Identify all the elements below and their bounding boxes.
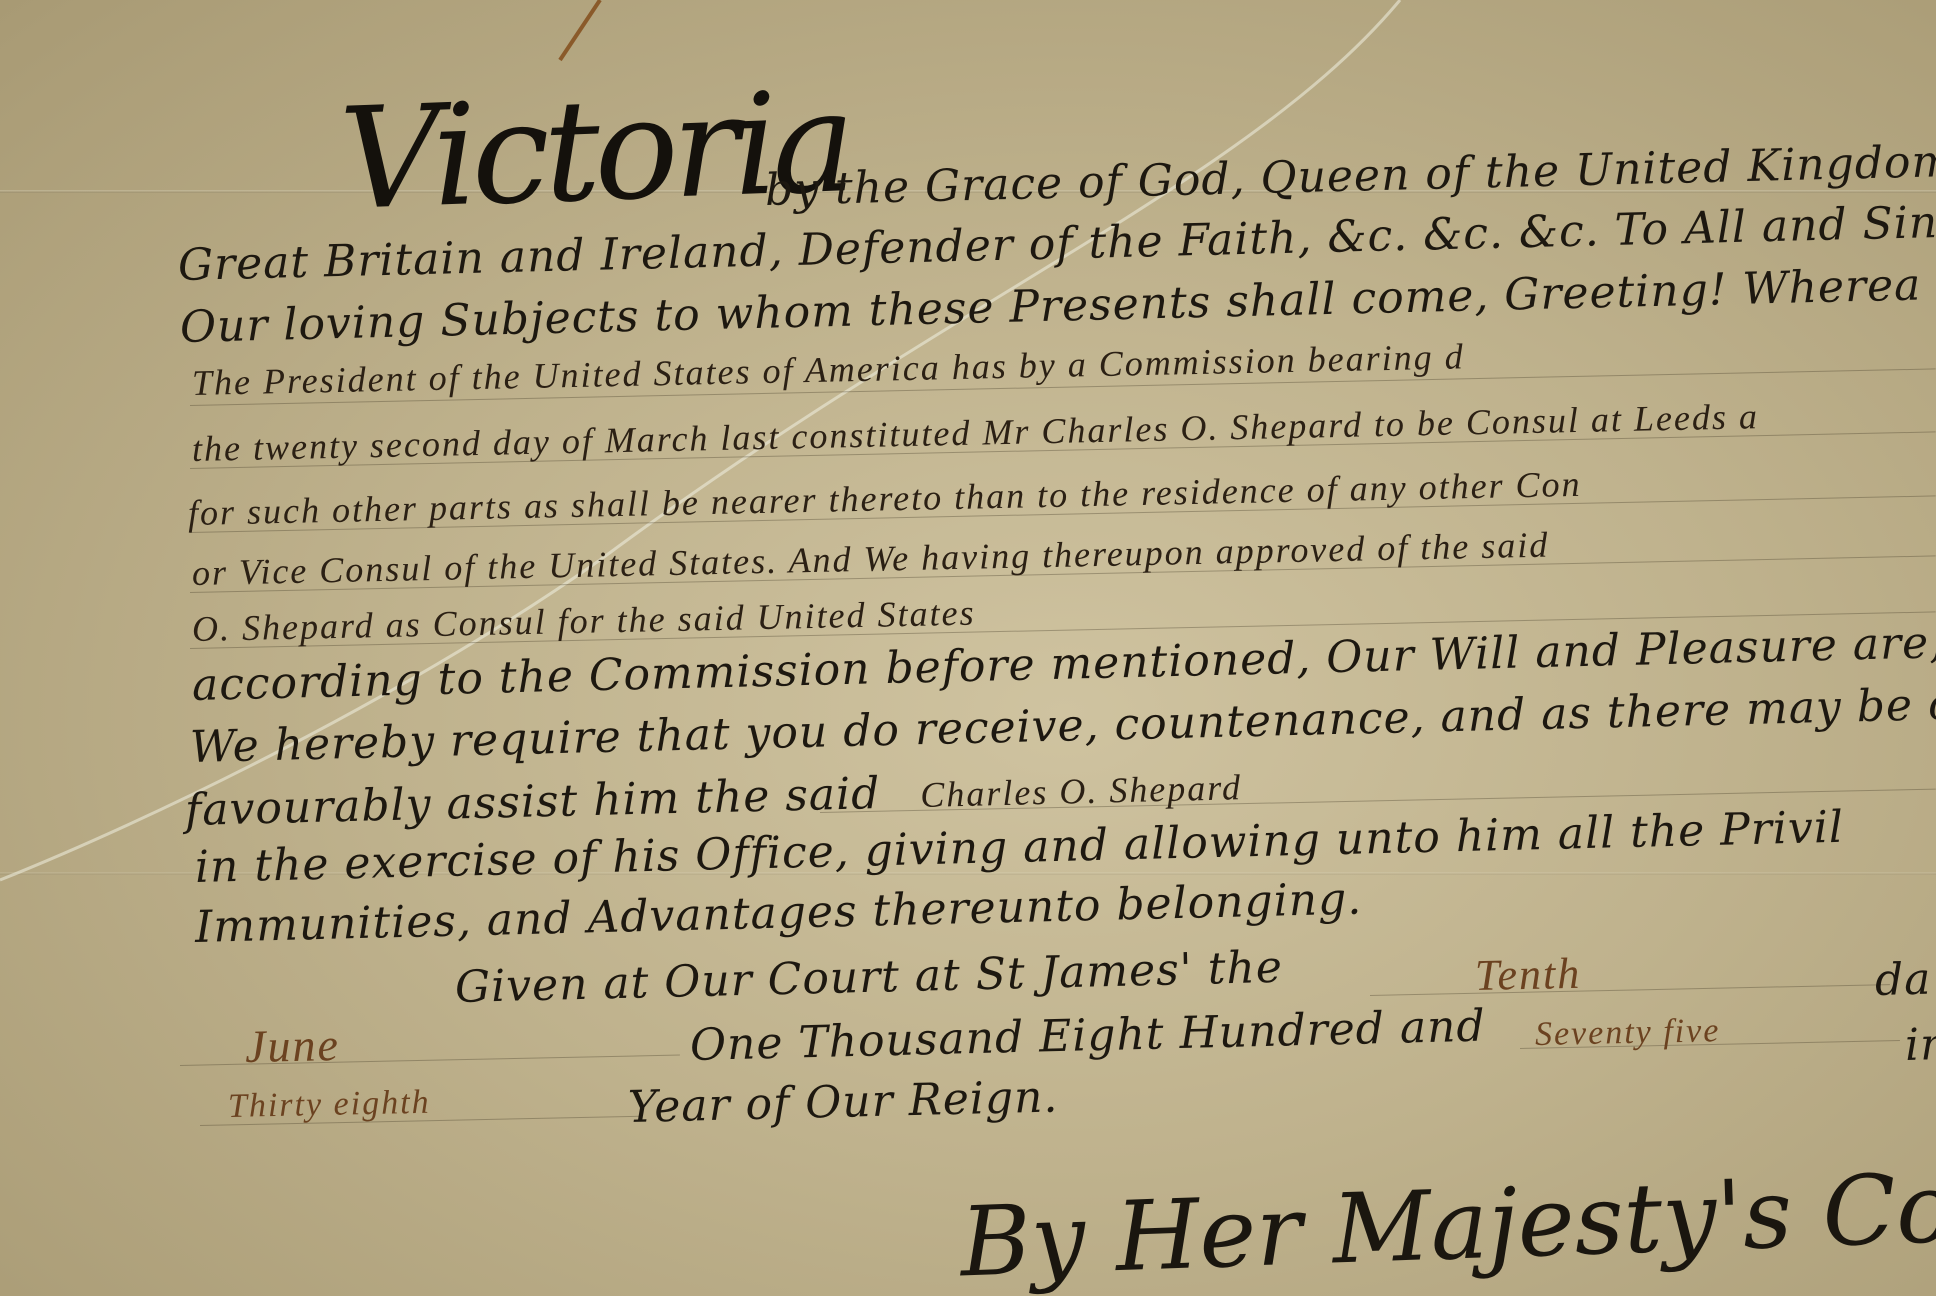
name-handwritten: Charles O. Shepard — [920, 767, 1243, 815]
month-handwritten: June — [244, 1018, 340, 1073]
document-paper: Victoria by the Grace of God, Queen of t… — [0, 0, 1936, 1296]
year-text: One Thousand Eight Hundred and — [689, 1001, 1486, 1071]
ruled-line — [1370, 984, 1890, 996]
day-suffix: da — [1874, 954, 1932, 1006]
engraved-text: favourably assist him the said — [184, 768, 881, 836]
handwritten-line-5: O. Shepard as Consul for the said United… — [192, 592, 976, 650]
year-handwritten: Seventy five — [1535, 1012, 1721, 1054]
handwritten-line-3: for such other parts as shall be nearer … — [188, 463, 1582, 534]
handwritten-line-4: or Vice Consul of the United States. And… — [192, 524, 1550, 594]
reign-year-handwritten: Thirty eighth — [228, 1084, 431, 1126]
given-at-text: Given at Our Court at St James' the — [454, 942, 1283, 1013]
closing-command: By Her Majesty's Comma — [958, 1144, 1936, 1296]
day-handwritten: Tenth — [1474, 948, 1581, 1001]
handwritten-line-2: the twenty second day of March last cons… — [192, 395, 1760, 470]
year-suffix: in — [1904, 1019, 1936, 1071]
reign-text: Year of Our Reign. — [627, 1071, 1059, 1133]
